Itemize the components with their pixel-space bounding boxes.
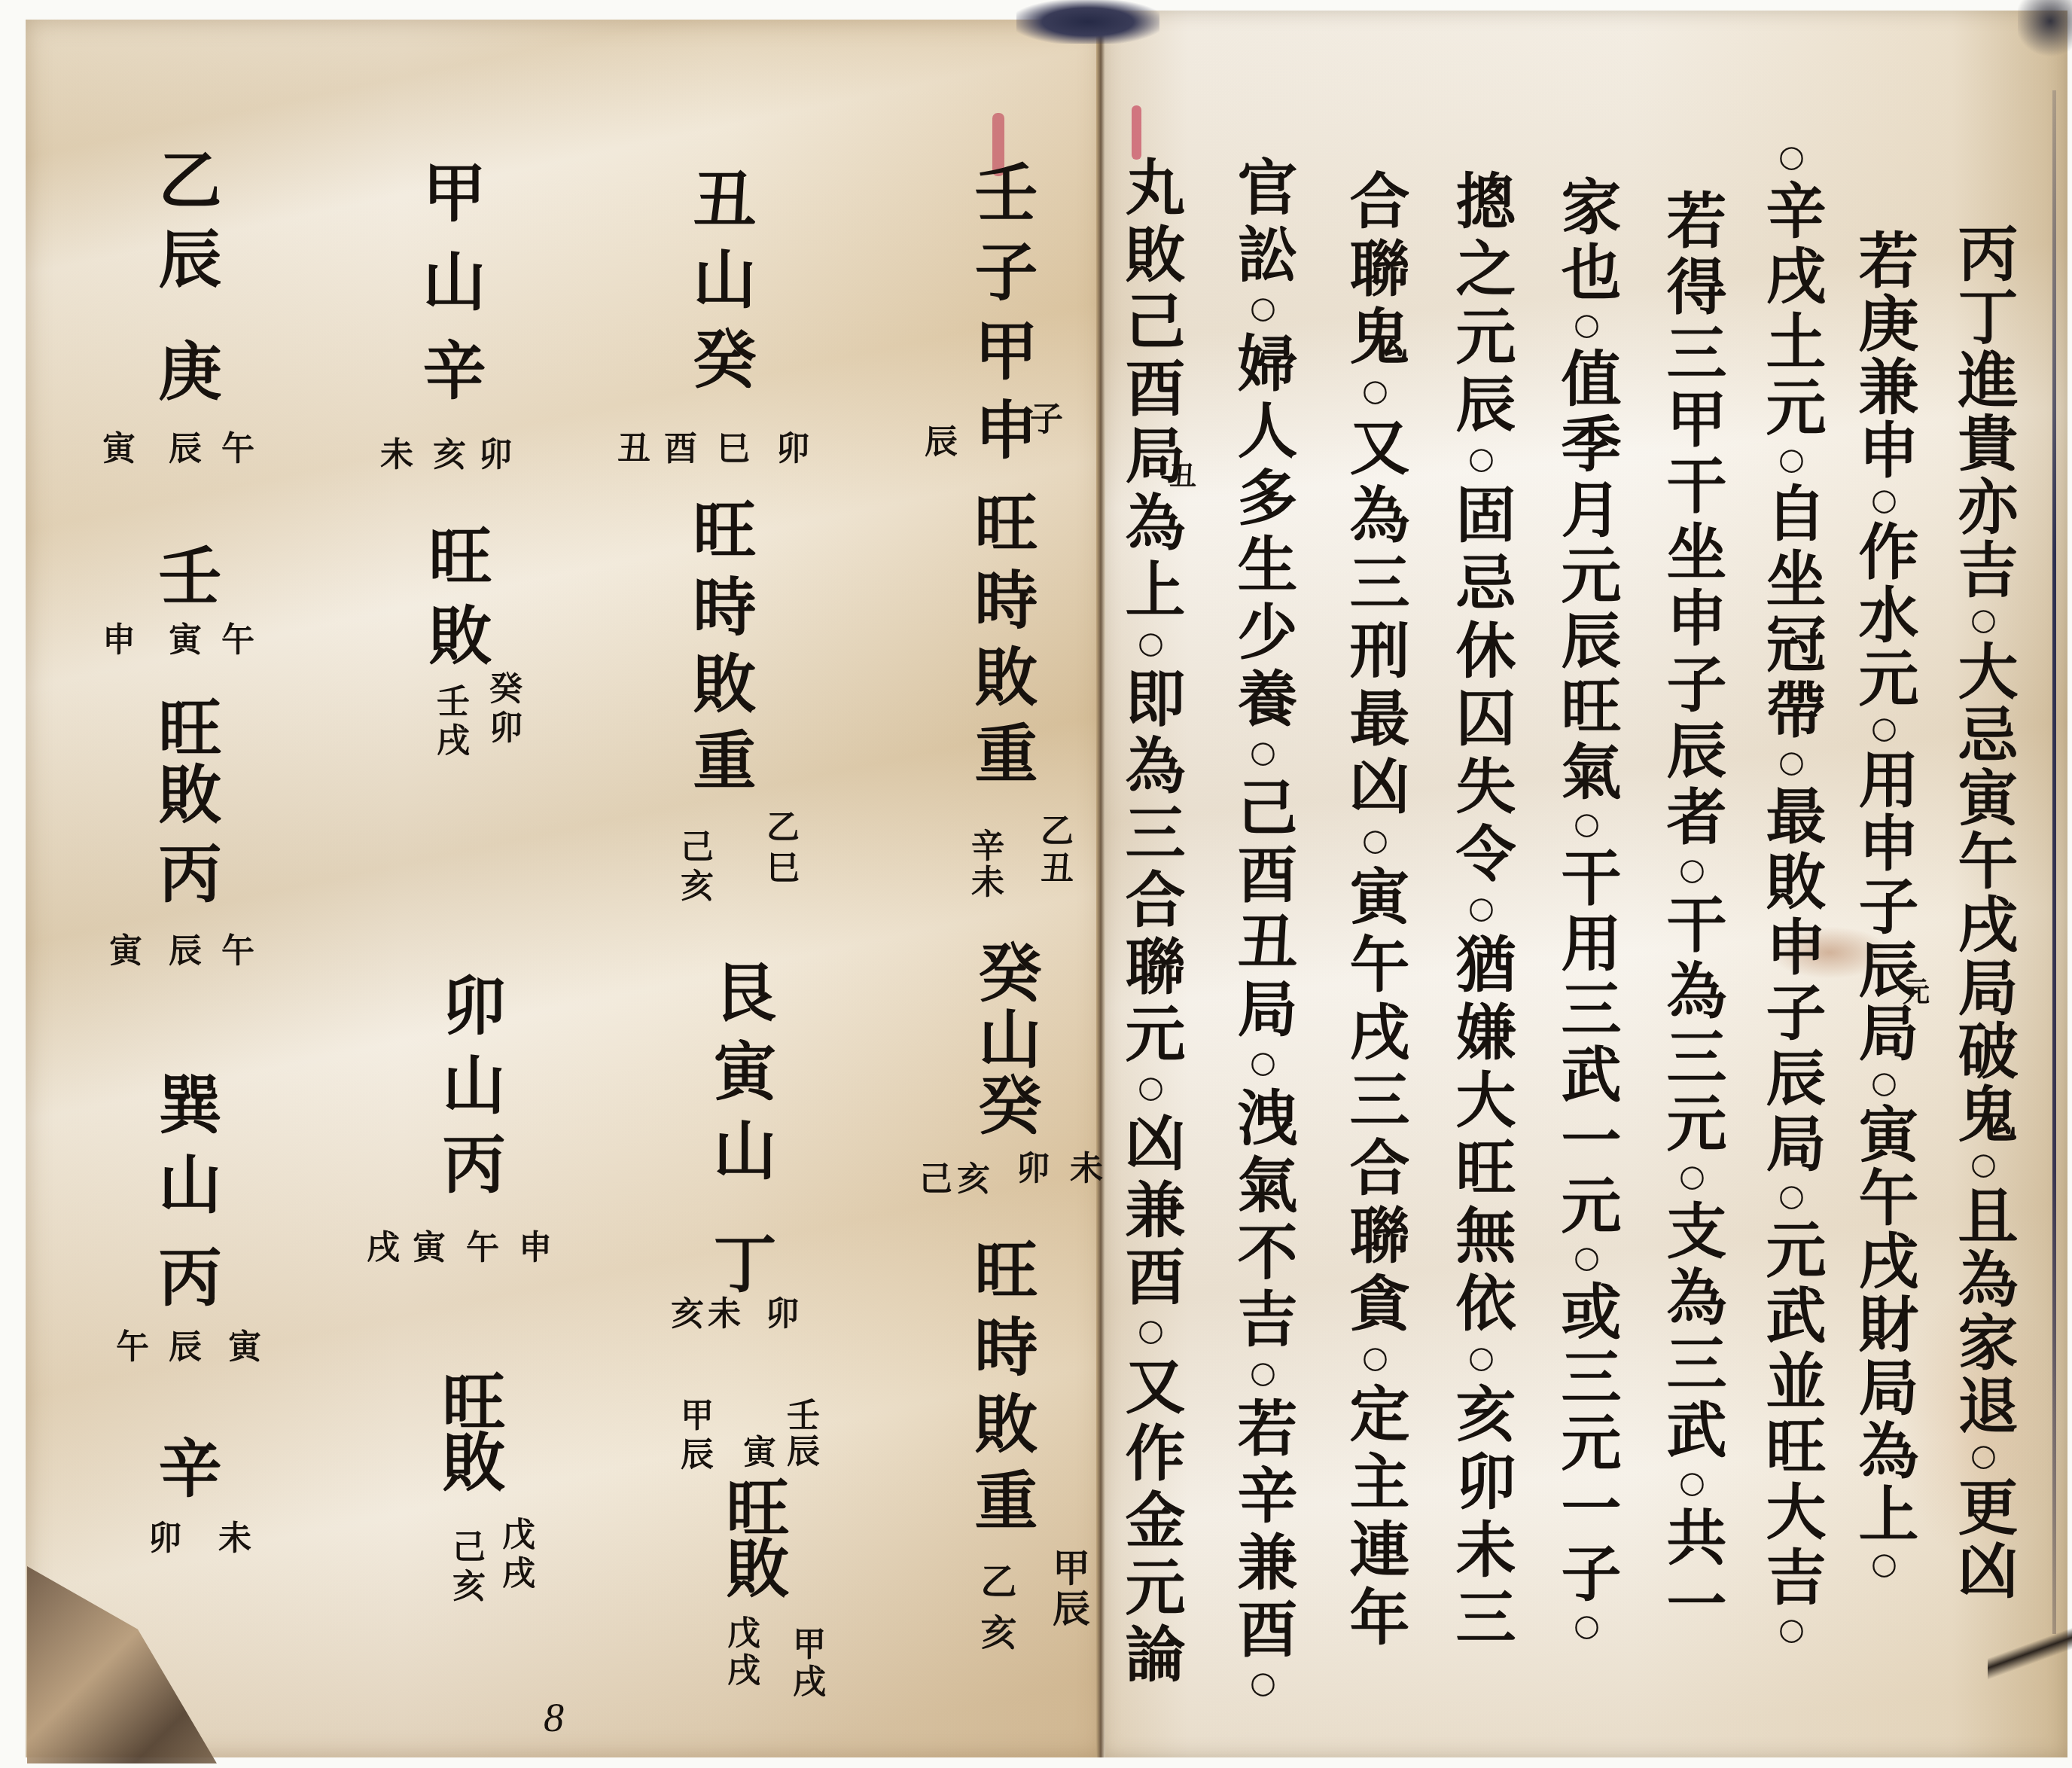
circle-mark-icon: ○: [1245, 1355, 1281, 1397]
branch-char: 午: [221, 624, 254, 657]
branch-char: 卯: [479, 439, 512, 472]
note-left: 己亥: [677, 829, 710, 907]
branch-char: 辰: [169, 1331, 202, 1364]
circle-mark-icon: ○: [1774, 1178, 1809, 1218]
circle-mark-icon: ○: [1674, 852, 1710, 893]
circle-mark-icon: ○: [1674, 1158, 1710, 1199]
mountain-heading: 丑山: [683, 166, 757, 326]
circle-mark-icon: ○: [1966, 1146, 2001, 1184]
branch-char: 未: [380, 439, 413, 472]
entry-heading-group: 壬子甲申: [970, 160, 1033, 476]
text-column-6: 摠之元辰○固忌休囚失令○猶嫌大旺無依○亥卯未三: [1451, 169, 1511, 1654]
branch-char: 寅: [102, 433, 136, 466]
mountain-heading: 卯山: [432, 973, 507, 1131]
branch-char: 未: [1070, 1153, 1103, 1186]
branch-char: 午: [221, 935, 254, 968]
circle-mark-icon: ○: [1245, 734, 1281, 776]
circle-mark-icon: ○: [1774, 139, 1809, 179]
status-text: 旺時敗重: [688, 497, 751, 804]
branch-char: 卯: [776, 433, 809, 466]
sub-branch-note: 壬辰: [783, 1398, 816, 1470]
stem-char: 辛: [413, 337, 487, 426]
stem-char: 甲: [964, 318, 1039, 397]
branch-char: 寅: [169, 624, 202, 657]
stem-char: 癸: [683, 326, 757, 406]
circle-mark-icon: ○: [1133, 1069, 1169, 1111]
circle-mark-icon: ○: [1866, 1065, 1902, 1103]
branch-annotation: 辰: [925, 426, 958, 459]
stem-char: 癸: [968, 1072, 1043, 1139]
circle-mark-icon: ○: [1966, 602, 2001, 640]
branch-char: 辰: [169, 935, 202, 968]
branch-char: 申: [964, 397, 1039, 476]
text-column-2: 若庚兼申○作水元○用申子辰局○寅午戌財局為上○: [1854, 229, 1914, 1584]
status-text: 旺敗: [437, 1369, 501, 1489]
text-column-4: 若得三甲干坐申子辰者○干為三元○支為三武○共一: [1662, 189, 1722, 1638]
entry-heading-group: 甲山辛: [418, 160, 481, 426]
circle-mark-icon: ○: [1774, 1611, 1809, 1652]
circle-mark-icon: ○: [1866, 710, 1902, 748]
book-spine: [1096, 14, 1105, 1757]
branch-char: 亥: [671, 1298, 704, 1331]
note-left: 戊戌: [724, 1615, 757, 1690]
branch-char: 戌: [367, 1232, 400, 1265]
page-curl: [2018, 0, 2072, 60]
note-right: 甲辰: [1050, 1548, 1087, 1629]
stem-char: 庚: [154, 338, 217, 401]
circle-mark-icon: ○: [1866, 1546, 1902, 1584]
circle-mark-icon: ○: [1866, 482, 1902, 520]
stem-char: 丙: [432, 1131, 507, 1210]
note-left: 己亥: [449, 1529, 482, 1608]
branch-char: 巳: [717, 433, 750, 466]
circle-mark-icon: ○: [1569, 1239, 1604, 1280]
circle-mark-icon: ○: [1245, 290, 1281, 332]
page-crease: [1988, 1619, 2072, 1687]
branch-char: 丑: [617, 433, 651, 466]
branch-char: 午: [466, 1232, 499, 1265]
circle-mark-icon: ○: [1464, 440, 1499, 483]
branch-char: 卯: [766, 1298, 799, 1331]
interlinear-annotation: 丑: [1169, 463, 1196, 490]
circle-mark-icon: ○: [1464, 890, 1499, 933]
circle-mark-icon: ○: [1674, 1465, 1710, 1506]
branch-char: 申: [519, 1232, 552, 1265]
mountain-heading: 壬子: [964, 160, 1039, 318]
interlinear-annotation: 元: [1903, 979, 1930, 1006]
note-right: 乙巳: [763, 809, 796, 891]
branch-char: 辰: [169, 433, 202, 466]
note-right: 癸卯: [486, 671, 519, 749]
sub-branch-note: 甲辰: [677, 1398, 710, 1476]
mountain-heading: 乙辰: [154, 147, 217, 305]
circle-mark-icon: ○: [1133, 625, 1169, 667]
branch-char: 亥: [957, 1163, 990, 1196]
branch-char: 卯: [148, 1523, 181, 1556]
branch-annotation: 子: [1030, 404, 1063, 437]
status-text: 旺敗: [154, 695, 217, 828]
binding-shadow: [1016, 0, 1159, 44]
mountain-heading: 甲山: [413, 160, 487, 337]
circle-mark-icon: ○: [1569, 806, 1604, 846]
mountain-heading: 艮寅山: [708, 959, 772, 1196]
circle-mark-icon: ○: [1357, 1340, 1393, 1382]
circle-mark-icon: ○: [1569, 1608, 1604, 1648]
branch-char: 寅: [109, 935, 142, 968]
circle-mark-icon: ○: [1245, 1044, 1281, 1087]
stem-char: 壬: [154, 543, 217, 606]
text-column-8: 官訟○婦人多生少養○己酉丑局○洩氣不吉○若辛兼酉○: [1233, 156, 1293, 1707]
entry-heading-group: 丑山癸: [688, 166, 751, 406]
circle-mark-icon: ○: [1569, 306, 1604, 347]
circle-mark-icon: ○: [1133, 1312, 1169, 1355]
status-text: 旺敗: [721, 1475, 785, 1596]
circle-mark-icon: ○: [1357, 373, 1393, 416]
sub-branch-char: 寅: [743, 1437, 776, 1470]
note-right: 乙丑: [1037, 813, 1070, 889]
stem-char: 丁: [708, 1230, 772, 1294]
stem-char: 辛: [154, 1435, 217, 1498]
branch-char: 寅: [228, 1331, 261, 1364]
stem-char: 丙: [154, 840, 217, 904]
branch-char: 申: [102, 624, 136, 657]
note-left: 辛未: [967, 828, 1001, 901]
note-left: 乙亥: [977, 1562, 1013, 1665]
branch-char: 未: [708, 1298, 741, 1331]
text-column-1: 丙丁進貴亦吉○大忌寅午戌局破鬼○且為家退○更凶: [1953, 222, 2013, 1602]
status-text: 旺時敗重: [970, 490, 1033, 797]
branch-char: 亥: [433, 439, 466, 472]
text-column-7: 合聯鬼○又為三刑最凶○寅午戌三合聯貪○定主連年: [1345, 169, 1405, 1654]
entry-heading-group: 癸山癸: [974, 940, 1037, 1139]
circle-mark-icon: ○: [1464, 1340, 1499, 1382]
branch-char: 酉: [664, 433, 697, 466]
status-text: 旺敗: [424, 523, 487, 681]
circle-mark-icon: ○: [1774, 744, 1809, 785]
circle-mark-icon: ○: [1774, 441, 1809, 482]
circle-mark-icon: ○: [1245, 1665, 1281, 1707]
note-left: 壬戌: [433, 684, 466, 762]
mountain-heading: 癸山: [968, 940, 1043, 1072]
red-ink-mark: [1132, 105, 1141, 160]
branch-char: 己: [919, 1163, 952, 1196]
entry-heading-group: 卯山丙: [437, 973, 501, 1210]
text-column-9: 丸敗己酉局為上○即為三合聯元○凶兼酉○又作金元論: [1120, 156, 1181, 1690]
note-right: 戊戌: [498, 1517, 532, 1595]
circle-mark-icon: ○: [1966, 1437, 2001, 1476]
page-number: 8: [544, 1697, 564, 1738]
text-column-5: 家也○值季月元辰旺氣○干用三武一元○或三元一子○: [1556, 175, 1616, 1648]
branch-char: 午: [221, 433, 254, 466]
branch-char: 午: [116, 1331, 149, 1364]
mountain-heading: 巽山: [154, 1071, 217, 1231]
branch-char: 寅: [413, 1232, 446, 1265]
branch-char: 未: [218, 1523, 251, 1556]
stem-char: 丙: [154, 1244, 217, 1307]
branch-char: 卯: [1016, 1153, 1050, 1186]
note-right: 甲戌: [789, 1626, 822, 1702]
text-column-3: ○辛戌土元○自坐冠帶○最敗申子辰局○元武並旺大吉○: [1761, 139, 1821, 1652]
circle-mark-icon: ○: [1357, 822, 1393, 865]
status-text: 旺時敗重: [970, 1237, 1033, 1544]
